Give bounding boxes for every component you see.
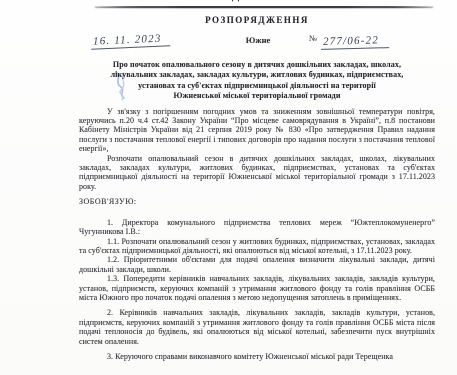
paragraph-start-season: Розпочати опалювальний сезон в дитячих д… bbox=[79, 154, 435, 192]
paragraph-item-1: 1. Директора комунального підприємства т… bbox=[79, 218, 435, 237]
obligate-heading: ЗОБОВ'ЯЗУЮ: bbox=[79, 197, 435, 206]
number-sign: № bbox=[309, 33, 317, 43]
title-line-3: установах та суб'єктах підприємницької д… bbox=[79, 81, 435, 91]
letterhead-rule bbox=[94, 6, 434, 9]
title-line-1: Про початок опалювального сезону в дитяч… bbox=[79, 60, 435, 70]
number-handwritten: 277/06-22 bbox=[321, 34, 389, 50]
letterhead-partial-text: РАЙОНУ ОДЕСЬКОЇ ОБЛАСТІ bbox=[79, 0, 435, 2]
paragraph-item-1-2: 1.2. Пріоритетними об'єктами для подачі … bbox=[79, 255, 435, 274]
date-handwritten: 16. 11. 2023 bbox=[91, 32, 170, 49]
doc-type-title: РОЗПОРЯДЖЕННЯ bbox=[79, 15, 435, 25]
paragraph-item-1-3: 1.3. Попередити керівників навчальних за… bbox=[79, 274, 435, 302]
place-name: Южне bbox=[207, 30, 309, 45]
scanned-document-page: РАЙОНУ ОДЕСЬКОЇ ОБЛАСТІ РОЗПОРЯДЖЕННЯ 16… bbox=[0, 0, 457, 375]
title-line-2: лікувальних закладах, закладах культури,… bbox=[79, 70, 435, 80]
letterhead: РАЙОНУ ОДЕСЬКОЇ ОБЛАСТІ bbox=[79, 0, 435, 9]
doc-number: № 277/06-22 bbox=[309, 30, 435, 49]
body-text: У зв'язку з погіршенням погодних умов та… bbox=[79, 107, 435, 362]
paragraph-item-2: 2. Керівників навчальних закладів, лікув… bbox=[79, 308, 435, 346]
date-cell: 16. 11. 2023 bbox=[79, 30, 207, 48]
title-block: Про початок опалювального сезону в дитяч… bbox=[79, 60, 435, 102]
paragraph-item-1-1: 1.1. Розпочати опалювальний сезон у житл… bbox=[79, 237, 435, 256]
date-row: 16. 11. 2023 Южне № 277/06-22 bbox=[79, 30, 435, 51]
title-line-4: Южненської міської територіальної громад… bbox=[79, 91, 435, 101]
paragraph-item-3-cut: 3. Керуючого справами виконавчого коміте… bbox=[79, 352, 435, 361]
paragraph-intro: У зв'язку з погіршенням погодних умов та… bbox=[79, 107, 435, 154]
